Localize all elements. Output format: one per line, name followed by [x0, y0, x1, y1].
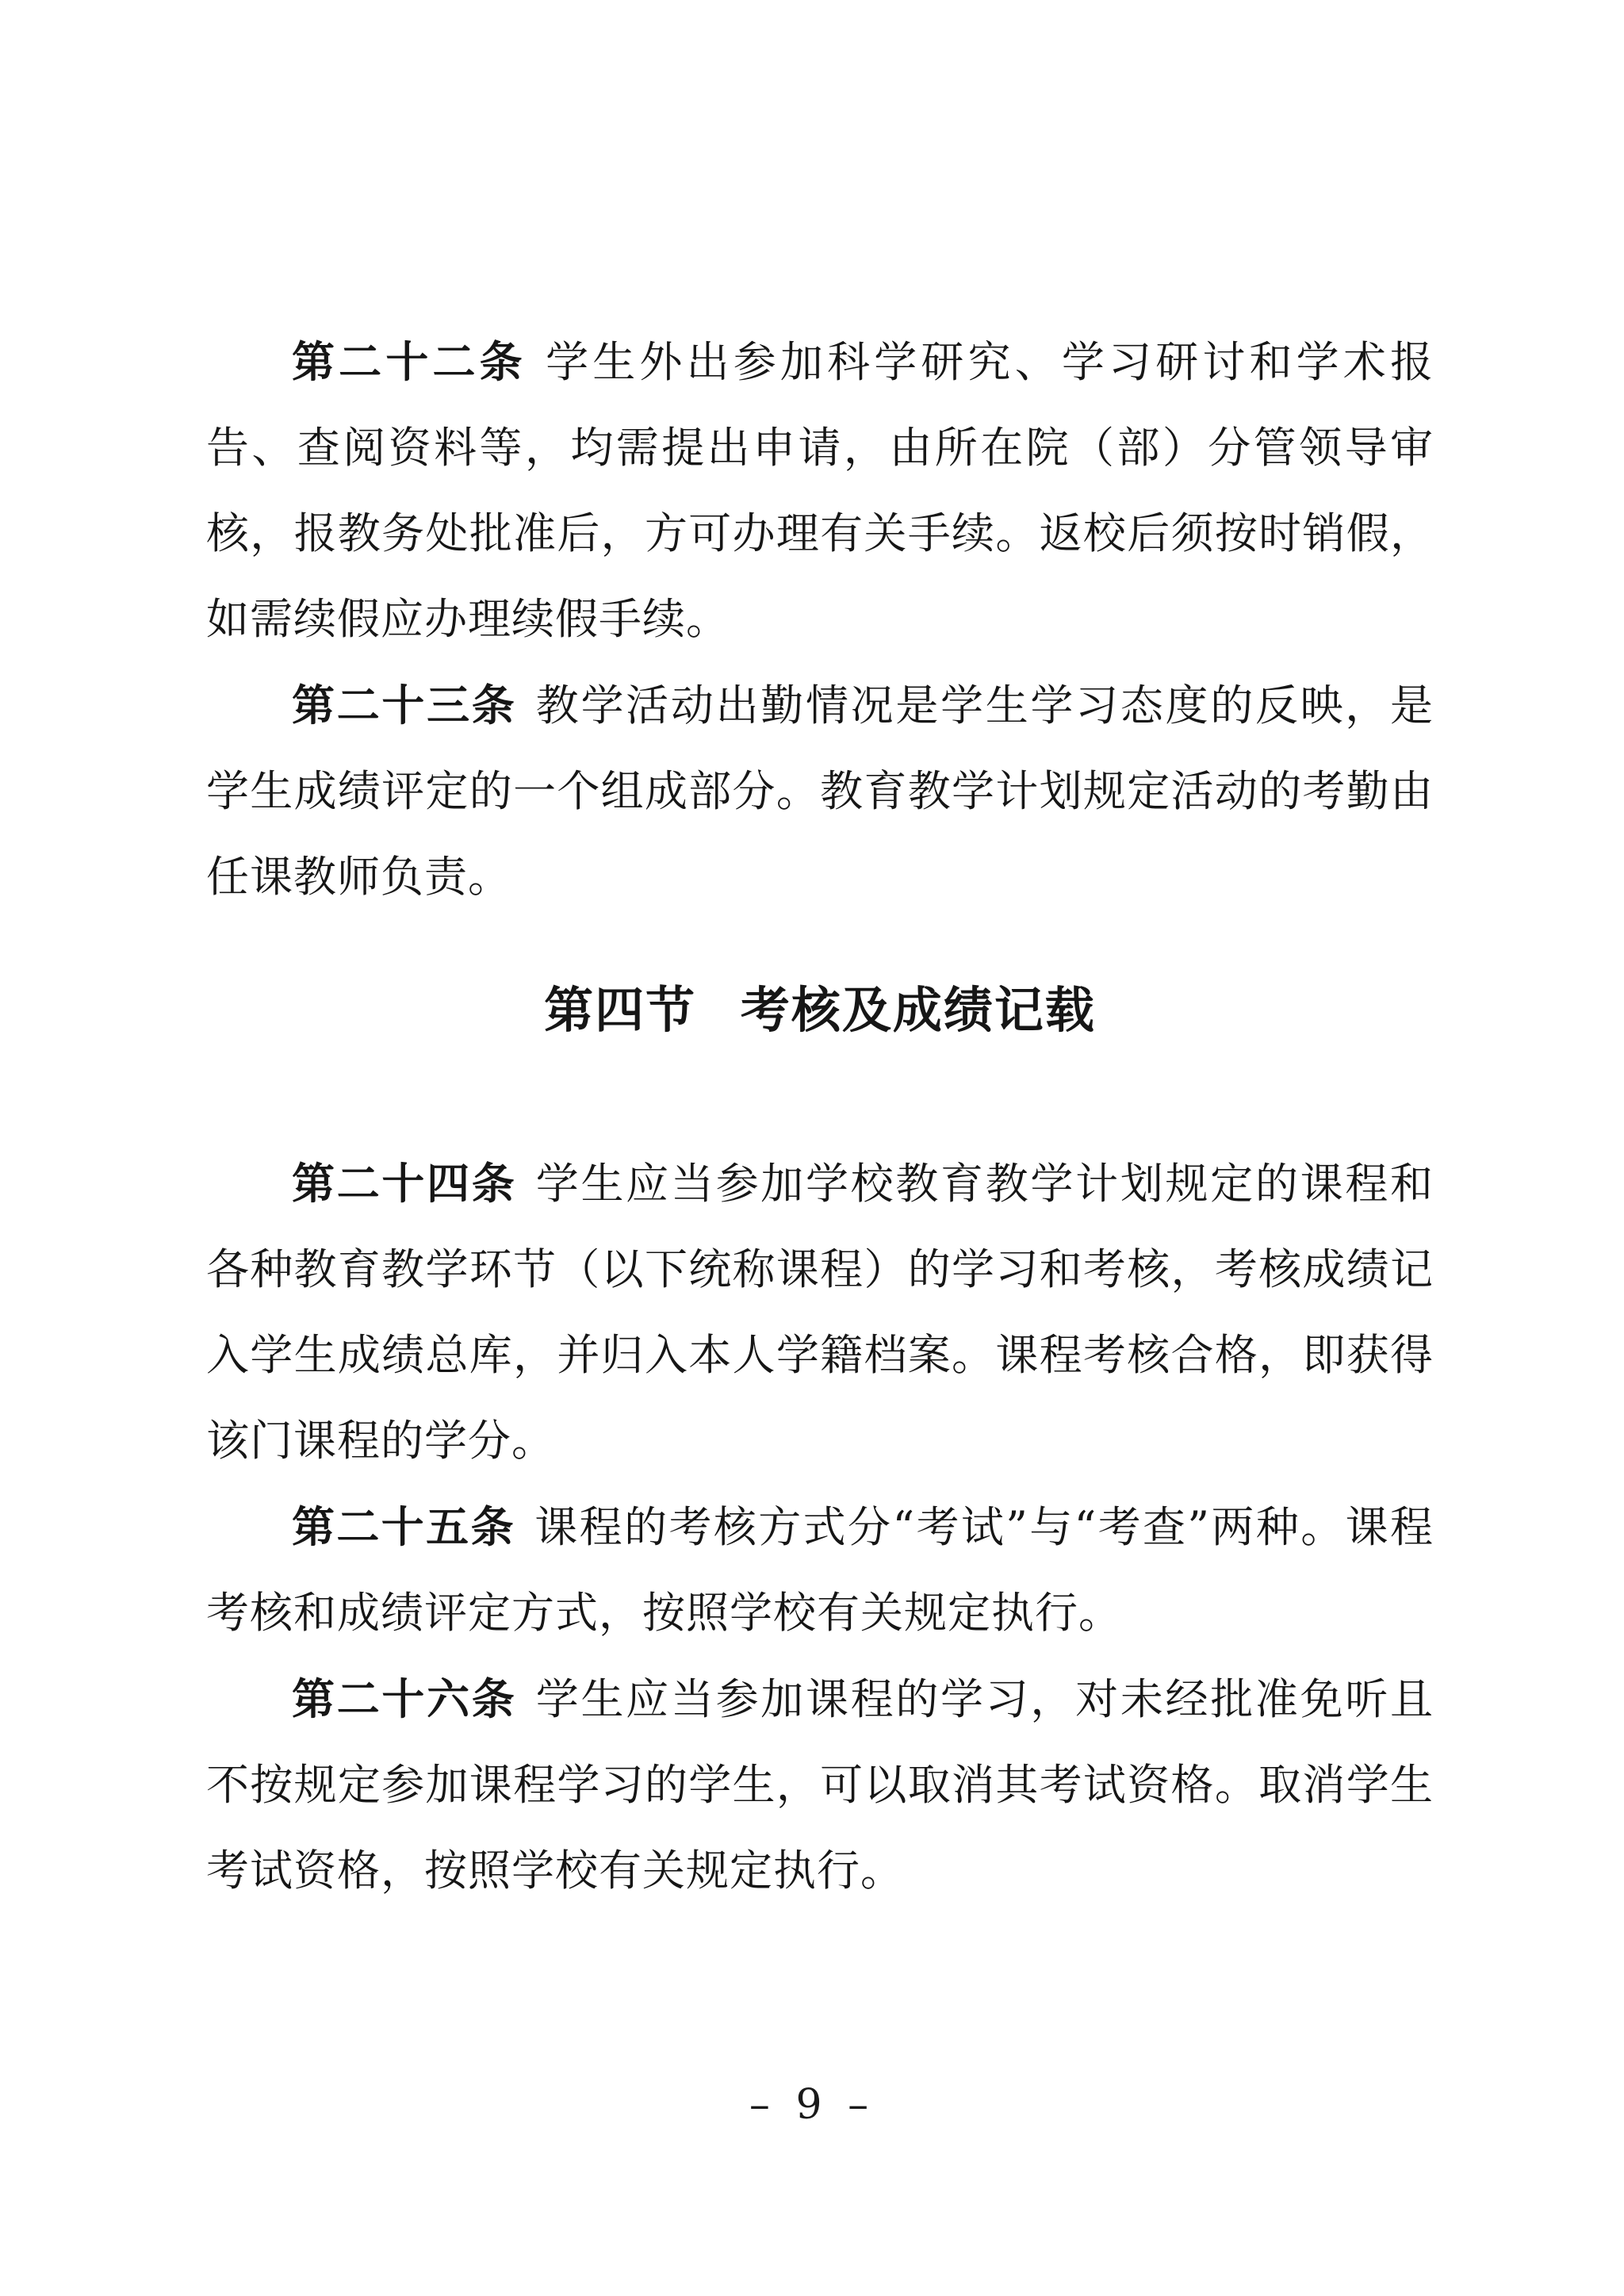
page-footer: – 9 –: [0, 2081, 1624, 2129]
article-25-paragraph: 第二十五条课程的考核方式分“考试”与“考查”两种。课程考核和成绩评定方式，按照学…: [206, 1484, 1434, 1656]
article-23-number: 第二十三条: [292, 680, 516, 730]
article-22-paragraph: 第二十二条学生外出参加科学研究、学习研讨和学术报告、查阅资料等，均需提出申请，由…: [206, 319, 1434, 662]
article-24-paragraph: 第二十四条学生应当参加学校教育教学计划规定的课程和各种教育教学环节（以下统称课程…: [206, 1140, 1434, 1484]
article-22-number: 第二十二条: [292, 336, 527, 387]
page-number: – 9 –: [749, 2081, 875, 2129]
article-26-paragraph: 第二十六条学生应当参加课程的学习，对未经批准免听且不按规定参加课程学习的学生，可…: [206, 1656, 1434, 1914]
section-heading: 第四节考核及成绩记载: [206, 968, 1434, 1053]
document-body: 第二十二条学生外出参加科学研究、学习研讨和学术报告、查阅资料等，均需提出申请，由…: [206, 319, 1434, 1914]
article-26-number: 第二十六条: [292, 1673, 516, 1724]
section-heading-title: 考核及成绩记载: [741, 981, 1096, 1039]
document-page: 第二十二条学生外出参加科学研究、学习研讨和学术报告、查阅资料等，均需提出申请，由…: [0, 0, 1624, 2296]
article-25-number: 第二十五条: [292, 1501, 515, 1552]
article-24-number: 第二十四条: [292, 1158, 516, 1209]
article-23-paragraph: 第二十三条教学活动出勤情况是学生学习态度的反映，是学生成绩评定的一个组成部分。教…: [206, 662, 1434, 920]
section-heading-label: 第四节: [544, 981, 696, 1039]
